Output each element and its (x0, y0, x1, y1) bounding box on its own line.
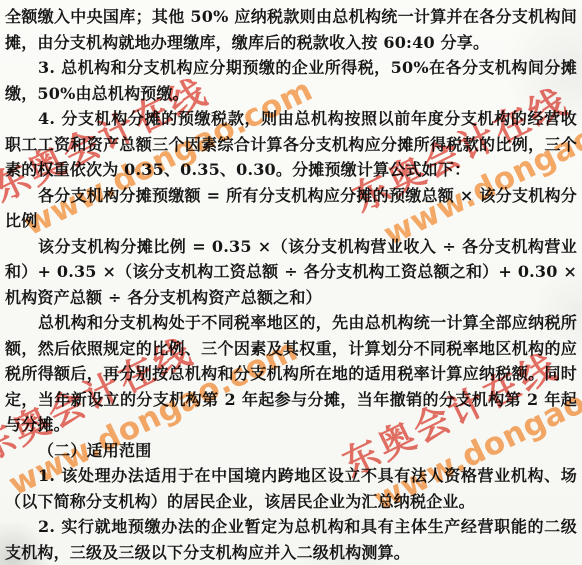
text-line: 职工工资和资产总额三个因素综合计算各分支机构应分摊所得税款的比例，三个因 (5, 132, 577, 158)
text-line: 总机构和分支机构处于不同税率地区的，先由总机构统一计算全部应纳税所得 (5, 310, 577, 336)
text-line: 额，然后依照规定的比例、三个因素及其权重，计算划分不同税率地区机构的应纳 (5, 336, 577, 362)
document-body: 全额缴入中央国库；其他 50% 应纳税款则由总机构统一计算并在各分支机构间分摊，… (5, 4, 577, 565)
scanned-document-page: 全额缴入中央国库；其他 50% 应纳税款则由总机构统一计算并在各分支机构间分摊，… (0, 0, 582, 565)
text-line: 与分摊。 (5, 412, 577, 438)
text-line: （二）适用范围 (5, 438, 577, 464)
text-line: （以下简称分支机构）的居民企业，该居民企业为汇总纳税企业。 (5, 489, 577, 515)
text-line: 该分支机构分摊比例 = 0.35 ×（该分支机构营业收入 ÷ 各分支机构营业收入… (5, 234, 577, 260)
text-line: 和）+ 0.35 ×（该分支机构工资总额 ÷ 各分支机构工资总额之和）+ 0.3… (5, 259, 577, 285)
text-line: 4. 分支机构分摊的预缴税款，则由总机构按照以前年度分支机构的经营收入、 (5, 106, 577, 132)
text-line: 缴，50%由总机构预缴。 (5, 81, 577, 107)
text-line: 各分支机构分摊预缴额 = 所有分支机构应分摊的预缴总额 × 该分支机构分摊 (5, 183, 577, 209)
text-line: 3. 总机构和分支机构应分期预缴的企业所得税，50%在各分支机构间分摊预 (5, 55, 577, 81)
text-line: 2. 实行就地预缴办法的企业暂定为总机构和具有主体生产经营职能的二级分 (5, 514, 577, 540)
text-line: 定，当年新设立的分支机构第 2 年起参与分摊，当年撤销的分支机构第 2 年起不参 (5, 387, 577, 413)
text-line: 1. 该处理办法适用于在中国境内跨地区设立不具有法人资格营业机构、场所 (5, 463, 577, 489)
text-line: 支机构，三级及三级以下分支机构应并入二级机构测算。 (5, 540, 577, 565)
text-line: 摊，由分支机构就地办理缴库，缴库后的税款收入按 60:40 分享。 (5, 30, 577, 56)
text-line: 全额缴入中央国库；其他 50% 应纳税款则由总机构统一计算并在各分支机构间分 (5, 4, 577, 30)
text-line: 比例 (5, 208, 577, 234)
text-line: 税所得额后，再分别按总机构和分支机构所在地的适用税率计算应纳税额。同时规 (5, 361, 577, 387)
text-line: 机构资产总额 ÷ 各分支机构资产总额之和） (5, 285, 577, 311)
text-line: 素的权重依次为 0.35、0.35、0.30。分摊预缴计算公式如下： (5, 157, 577, 183)
